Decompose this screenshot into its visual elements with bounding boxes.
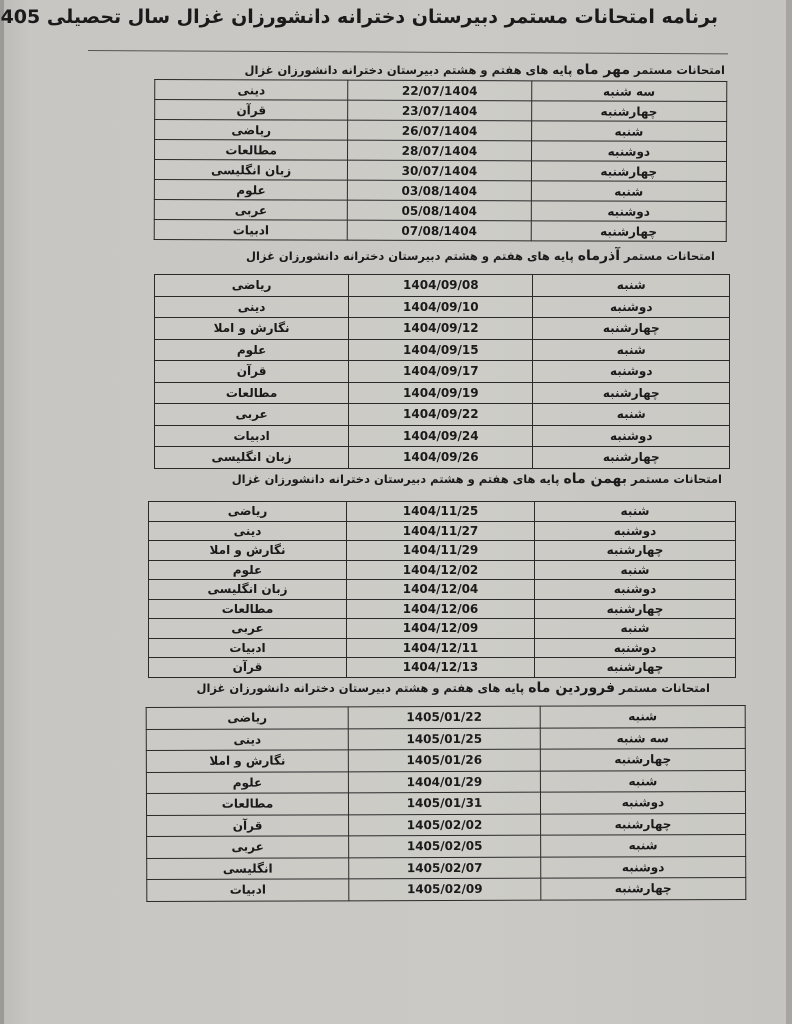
section-title-azar: امتحانات مستمر آذرماه پایه های هفتم و هش… (300, 248, 715, 264)
day-cell: چهارشنبه (533, 318, 730, 340)
table-row: شنبه1405/01/22ریاضی (146, 705, 745, 729)
subject-cell: دینی (155, 296, 349, 318)
subject-cell: علوم (154, 180, 347, 201)
table-row: چهارشنبه1404/09/12نگارش و املا (155, 318, 730, 340)
table-row: دوشنبه1405/01/31مطالعات (146, 791, 745, 815)
date-cell: 1404/11/29 (347, 541, 535, 561)
subject-cell: نگارش و املا (155, 318, 349, 340)
day-cell: سه شنبه (531, 81, 726, 102)
table-row: شنبه1405/02/05عربی (147, 834, 746, 858)
day-cell: شنبه (540, 770, 745, 792)
table-row: دوشنبه05/08/1404عربی (154, 200, 726, 222)
section-month: بهمن ماه (563, 471, 627, 487)
day-cell: چهارشنبه (541, 877, 746, 899)
section-title-suffix: پایه های هفتم و هشتم دبیرستان دخترانه دا… (232, 472, 560, 486)
day-cell: چهارشنبه (533, 382, 730, 404)
exam-table-farvardin: شنبه1405/01/22ریاضیسه شنبه1405/01/25دینی… (146, 705, 747, 902)
table-row: چهارشنبه30/07/1404زبان انگلیسی (154, 160, 726, 182)
section-title-prefix: امتحانات مستمر (631, 472, 722, 486)
subject-cell: ریاضی (149, 502, 347, 522)
table-row: دوشنبه1404/12/11ادبیات (149, 638, 736, 658)
day-cell: دوشنبه (534, 580, 735, 600)
day-cell: دوشنبه (531, 141, 726, 162)
date-cell: 1404/09/10 (349, 296, 533, 318)
date-cell: 03/08/1404 (348, 180, 531, 201)
table-row: شنبه1404/01/29علوم (146, 770, 745, 794)
date-cell: 1405/01/26 (348, 749, 540, 771)
subject-cell: ادبیات (154, 220, 347, 241)
date-cell: 1404/09/12 (349, 318, 533, 340)
page-title: برنامه امتحانات مستمر دبیرستان دخترانه د… (100, 6, 718, 28)
subject-cell: دینی (149, 521, 347, 541)
day-cell: شنبه (533, 404, 730, 426)
date-cell: 1404/09/19 (349, 382, 533, 404)
table-row: شنبه1404/12/09عربی (149, 619, 736, 639)
section-title-prefix: امتحانات مستمر (624, 249, 715, 263)
subject-cell: زبان انگلیسی (155, 447, 349, 469)
date-cell: 28/07/1404 (348, 140, 531, 161)
section-title-suffix: پایه های هفتم و هشتم دبیرستان دخترانه دا… (246, 249, 574, 263)
subject-cell: عربی (149, 619, 347, 639)
subject-cell: دینی (146, 728, 348, 750)
date-cell: 1405/01/22 (348, 706, 540, 728)
date-cell: 26/07/1404 (348, 120, 531, 141)
subject-cell: ریاضی (146, 707, 348, 729)
day-cell: شنبه (533, 339, 730, 361)
date-cell: 1404/09/17 (349, 361, 533, 383)
day-cell: دوشنبه (533, 425, 730, 447)
day-cell: شنبه (534, 619, 735, 639)
table-row: چهارشنبه1405/02/09ادبیات (147, 877, 746, 901)
day-cell: دوشنبه (534, 521, 735, 541)
date-cell: 1404/12/11 (347, 638, 535, 658)
table-row: چهارشنبه1404/12/06مطالعات (149, 599, 736, 619)
subject-cell: زبان انگلیسی (154, 160, 347, 181)
table-row: چهارشنبه1404/12/13قرآن (149, 658, 736, 678)
subject-cell: عربی (154, 200, 347, 221)
subject-cell: ادبیات (149, 638, 347, 658)
subject-cell: قرآن (149, 658, 347, 678)
subject-cell: علوم (155, 339, 349, 361)
table-row: دوشنبه1404/12/04زبان انگلیسی (149, 580, 736, 600)
day-cell: دوشنبه (540, 791, 745, 813)
day-cell: شنبه (540, 834, 745, 856)
table-row: چهارشنبه23/07/1404قرآن (155, 100, 727, 122)
table-row: چهارشنبه1405/02/02قرآن (147, 813, 746, 837)
date-cell: 22/07/1404 (348, 80, 531, 101)
subject-cell: علوم (149, 560, 347, 580)
day-cell: شنبه (531, 121, 726, 142)
date-cell: 1405/01/25 (348, 728, 540, 750)
day-cell: چهارشنبه (531, 101, 726, 122)
subject-cell: ادبیات (155, 425, 349, 447)
day-cell: شنبه (531, 181, 726, 202)
day-cell: شنبه (533, 275, 730, 297)
day-cell: شنبه (534, 502, 735, 522)
day-cell: دوشنبه (541, 856, 746, 878)
date-cell: 30/07/1404 (348, 160, 531, 181)
subject-cell: زبان انگلیسی (149, 580, 347, 600)
table-row: سه شنبه1405/01/25دینی (146, 727, 745, 751)
date-cell: 1404/09/24 (349, 425, 533, 447)
subject-cell: علوم (146, 771, 348, 793)
date-cell: 1404/12/06 (347, 599, 535, 619)
date-cell: 1404/12/13 (347, 658, 535, 678)
subject-cell: نگارش و املا (149, 541, 347, 561)
date-cell: 1404/09/08 (349, 275, 533, 297)
day-cell: چهارشنبه (534, 658, 735, 678)
subject-cell: نگارش و املا (146, 750, 348, 772)
day-cell: سه شنبه (540, 727, 745, 749)
table-row: چهارشنبه07/08/1404ادبیات (154, 220, 726, 242)
table-row: شنبه1404/09/08ریاضی (155, 275, 730, 297)
table-row: دوشنبه1404/09/17قرآن (155, 361, 730, 383)
subject-cell: قرآن (155, 100, 348, 121)
section-title-bahman: امتحانات مستمر بهمن ماه پایه های هفتم و … (290, 471, 722, 487)
date-cell: 1404/09/26 (349, 447, 533, 469)
table-row: شنبه1404/12/02علوم (149, 560, 736, 580)
day-cell: چهارشنبه (531, 221, 726, 242)
table-row: شنبه26/07/1404ریاضی (155, 120, 727, 142)
table-row: چهارشنبه1405/01/26نگارش و املا (146, 748, 745, 772)
day-cell: شنبه (534, 560, 735, 580)
table-row: دوشنبه28/07/1404مطالعات (155, 140, 727, 162)
section-month: آذرماه (578, 248, 620, 264)
day-cell: چهارشنبه (531, 161, 726, 182)
section-title-suffix: پایه های هفتم و هشتم دبیرستان دخترانه دا… (196, 681, 524, 695)
subject-cell: عربی (147, 836, 349, 858)
exam-table-bahman: شنبه1404/11/25ریاضیدوشنبه1404/11/27دینیچ… (148, 501, 736, 678)
subject-cell: عربی (155, 404, 349, 426)
date-cell: 1405/02/09 (349, 878, 541, 900)
paper-edge-left (0, 0, 4, 1024)
date-cell: 1404/09/15 (349, 339, 533, 361)
exam-table-mehr: سه شنبه22/07/1404دینیچهارشنبه23/07/1404ق… (154, 79, 728, 242)
day-cell: شنبه (540, 705, 745, 727)
subject-cell: ریاضی (155, 275, 349, 297)
day-cell: دوشنبه (531, 201, 726, 222)
subject-cell: دینی (155, 80, 348, 101)
table-row: دوشنبه1405/02/07انگلیسی (147, 856, 746, 880)
day-cell: چهارشنبه (534, 541, 735, 561)
section-title-prefix: امتحانات مستمر (634, 63, 725, 77)
date-cell: 23/07/1404 (348, 100, 531, 121)
date-cell: 1404/12/09 (347, 619, 535, 639)
date-cell: 1404/11/25 (347, 502, 535, 522)
day-cell: چهارشنبه (540, 813, 745, 835)
table-row: چهارشنبه1404/09/26زبان انگلیسی (155, 447, 730, 469)
date-cell: 1404/12/02 (347, 560, 535, 580)
date-cell: 1405/02/05 (349, 835, 541, 857)
subject-cell: مطالعات (149, 599, 347, 619)
table-row: چهارشنبه1404/09/19مطالعات (155, 382, 730, 404)
day-cell: دوشنبه (533, 361, 730, 383)
table-row: شنبه1404/09/22عربی (155, 404, 730, 426)
day-cell: دوشنبه (534, 638, 735, 658)
date-cell: 1404/09/22 (349, 404, 533, 426)
date-cell: 1404/01/29 (348, 771, 540, 793)
section-month: فروردین ماه (528, 680, 615, 696)
subject-cell: قرآن (155, 361, 349, 383)
date-cell: 1404/12/04 (347, 580, 535, 600)
paper-edge-right (786, 0, 792, 1024)
date-cell: 1405/02/07 (349, 857, 541, 879)
subject-cell: انگلیسی (147, 857, 349, 879)
subject-cell: مطالعات (146, 793, 348, 815)
table-row: سه شنبه22/07/1404دینی (155, 80, 727, 102)
date-cell: 05/08/1404 (348, 200, 531, 221)
table-row: شنبه1404/11/25ریاضی (149, 502, 736, 522)
subject-cell: ریاضی (155, 120, 348, 141)
subject-cell: مطالعات (155, 382, 349, 404)
day-cell: چهارشنبه (540, 748, 745, 770)
section-title-suffix: پایه های هفتم و هشتم دبیرستان دخترانه دا… (245, 63, 573, 77)
section-month: مهر ماه (576, 62, 630, 78)
section-title-prefix: امتحانات مستمر (619, 681, 710, 695)
exam-table-azar: شنبه1404/09/08ریاضیدوشنبه1404/09/10دینیچ… (154, 274, 730, 469)
table-row: دوشنبه1404/11/27دینی (149, 521, 736, 541)
day-cell: دوشنبه (533, 296, 730, 318)
subject-cell: مطالعات (155, 140, 348, 161)
day-cell: چهارشنبه (533, 447, 730, 469)
table-row: چهارشنبه1404/11/29نگارش و املا (149, 541, 736, 561)
table-row: دوشنبه1404/09/24ادبیات (155, 425, 730, 447)
date-cell: 1405/01/31 (349, 792, 541, 814)
subject-cell: قرآن (147, 814, 349, 836)
date-cell: 1405/02/02 (349, 814, 541, 836)
subject-cell: ادبیات (147, 879, 349, 901)
date-cell: 1404/11/27 (347, 521, 535, 541)
date-cell: 07/08/1404 (347, 220, 530, 241)
section-title-farvardin: امتحانات مستمر فروردین ماه پایه های هفتم… (270, 680, 710, 696)
table-row: شنبه03/08/1404علوم (154, 180, 726, 202)
table-row: شنبه1404/09/15علوم (155, 339, 730, 361)
table-row: دوشنبه1404/09/10دینی (155, 296, 730, 318)
section-title-mehr: امتحانات مستمر مهر ماه پایه های هفتم و ه… (300, 62, 725, 78)
day-cell: چهارشنبه (534, 599, 735, 619)
